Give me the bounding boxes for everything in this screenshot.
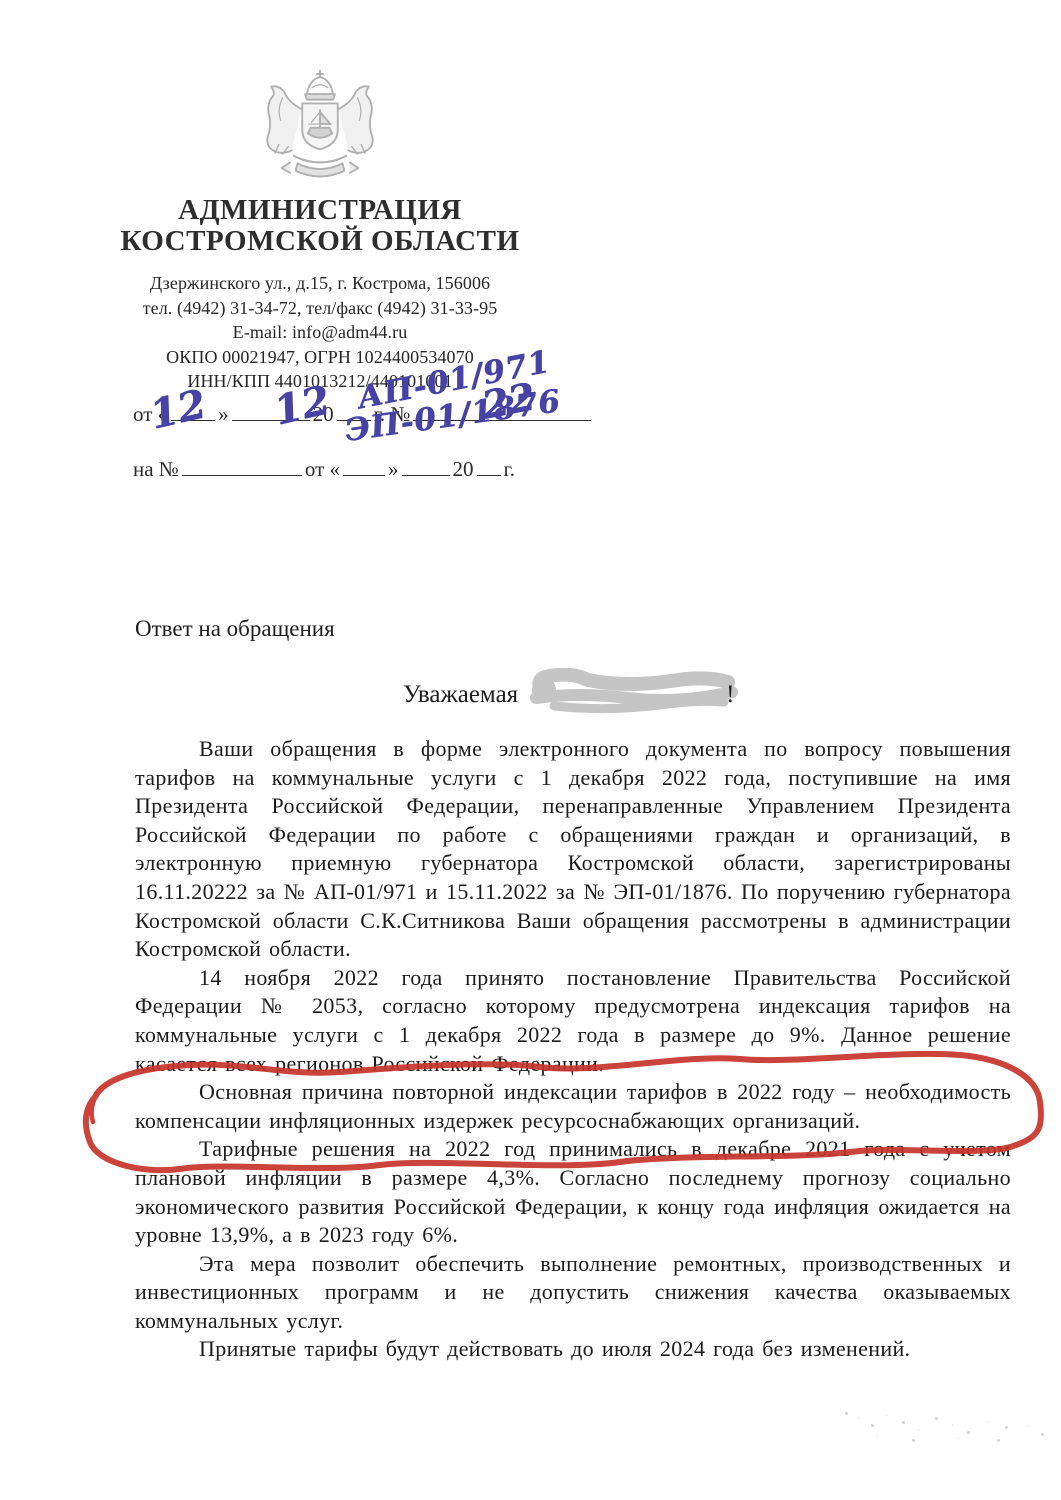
label-quote-close: » (218, 402, 229, 426)
paragraph-measure-purpose: Эта мера позволит обеспечить выполнение … (135, 1250, 1011, 1336)
label-year-prefix: 20 (313, 402, 334, 426)
month-blank (232, 398, 310, 421)
incoming-year-blank (477, 453, 501, 476)
incoming-reference-line: на №от «»20г. (133, 453, 515, 482)
phone-line: тел. (4942) 31-34-72, тел/факс (4942) 31… (110, 296, 530, 321)
letterhead: АДМИНИСТРАЦИЯ КОСТРОМСКОЙ ОБЛАСТИ Дзержи… (110, 66, 530, 394)
letterhead-contacts: Дзержинского ул., д.15, г. Кострома, 156… (110, 271, 530, 394)
org-name-line1: АДМИНИСТРАЦИЯ (110, 195, 530, 226)
redacted-name-scribble (528, 668, 740, 714)
red-circled-paragraph-wrap: Основная причина повторной индексации та… (135, 1078, 1011, 1135)
label-on-number: на № (133, 457, 179, 481)
paragraph-decree-2053: 14 ноября 2022 года принято постановлени… (135, 964, 1011, 1078)
registry-line-inn-kpp: ИНН/КПП 4401013212/440101001 (110, 369, 530, 394)
label-year-suffix: г. № (374, 402, 411, 426)
email-line: E-mail: info@adm44.ru (110, 320, 530, 345)
subject-line: Ответ на обращения (135, 616, 335, 642)
label-year-prefix: 20 (453, 457, 474, 481)
letter-body: Ваши обращения в форме электронного доку… (135, 735, 1011, 1364)
coat-of-arms-emblem-icon (245, 66, 395, 189)
paragraph-tariffs-valid-until: Принятые тарифы будут действовать до июл… (135, 1335, 1011, 1364)
scanned-letter-page: АДМИНИСТРАЦИЯ КОСТРОМСКОЙ ОБЛАСТИ Дзержи… (0, 0, 1061, 1500)
paragraph-main-reason: Основная причина повторной индексации та… (135, 1078, 1011, 1135)
label-quote-close: » (388, 457, 399, 481)
label-from: от « (305, 457, 340, 481)
incoming-number-blank (182, 453, 302, 476)
label-year-suffix: г. (504, 457, 516, 481)
number-blank (413, 398, 591, 421)
outgoing-reference-line: от «»20г. № (133, 398, 594, 427)
scan-noise-speckles (845, 1412, 848, 1415)
label-from: от « (133, 402, 168, 426)
incoming-day-blank (343, 453, 385, 476)
salutation-line: Уважаемая! (403, 668, 735, 714)
paragraph-tariff-decisions: Тарифные решения на 2022 год принимались… (135, 1135, 1011, 1249)
incoming-month-blank (402, 453, 450, 476)
salutation-prefix: Уважаемая (403, 681, 518, 708)
paragraph-appeals-registered: Ваши обращения в форме электронного доку… (135, 735, 1011, 964)
day-blank (171, 398, 215, 421)
registry-line-okpo-ogrn: ОКПО 00021947, ОГРН 1024400534070 (110, 345, 530, 370)
salutation-suffix: ! (726, 681, 734, 708)
year-blank (337, 398, 371, 421)
address-line: Дзержинского ул., д.15, г. Кострома, 156… (110, 271, 530, 296)
org-name-line2: КОСТРОМСКОЙ ОБЛАСТИ (110, 226, 530, 257)
